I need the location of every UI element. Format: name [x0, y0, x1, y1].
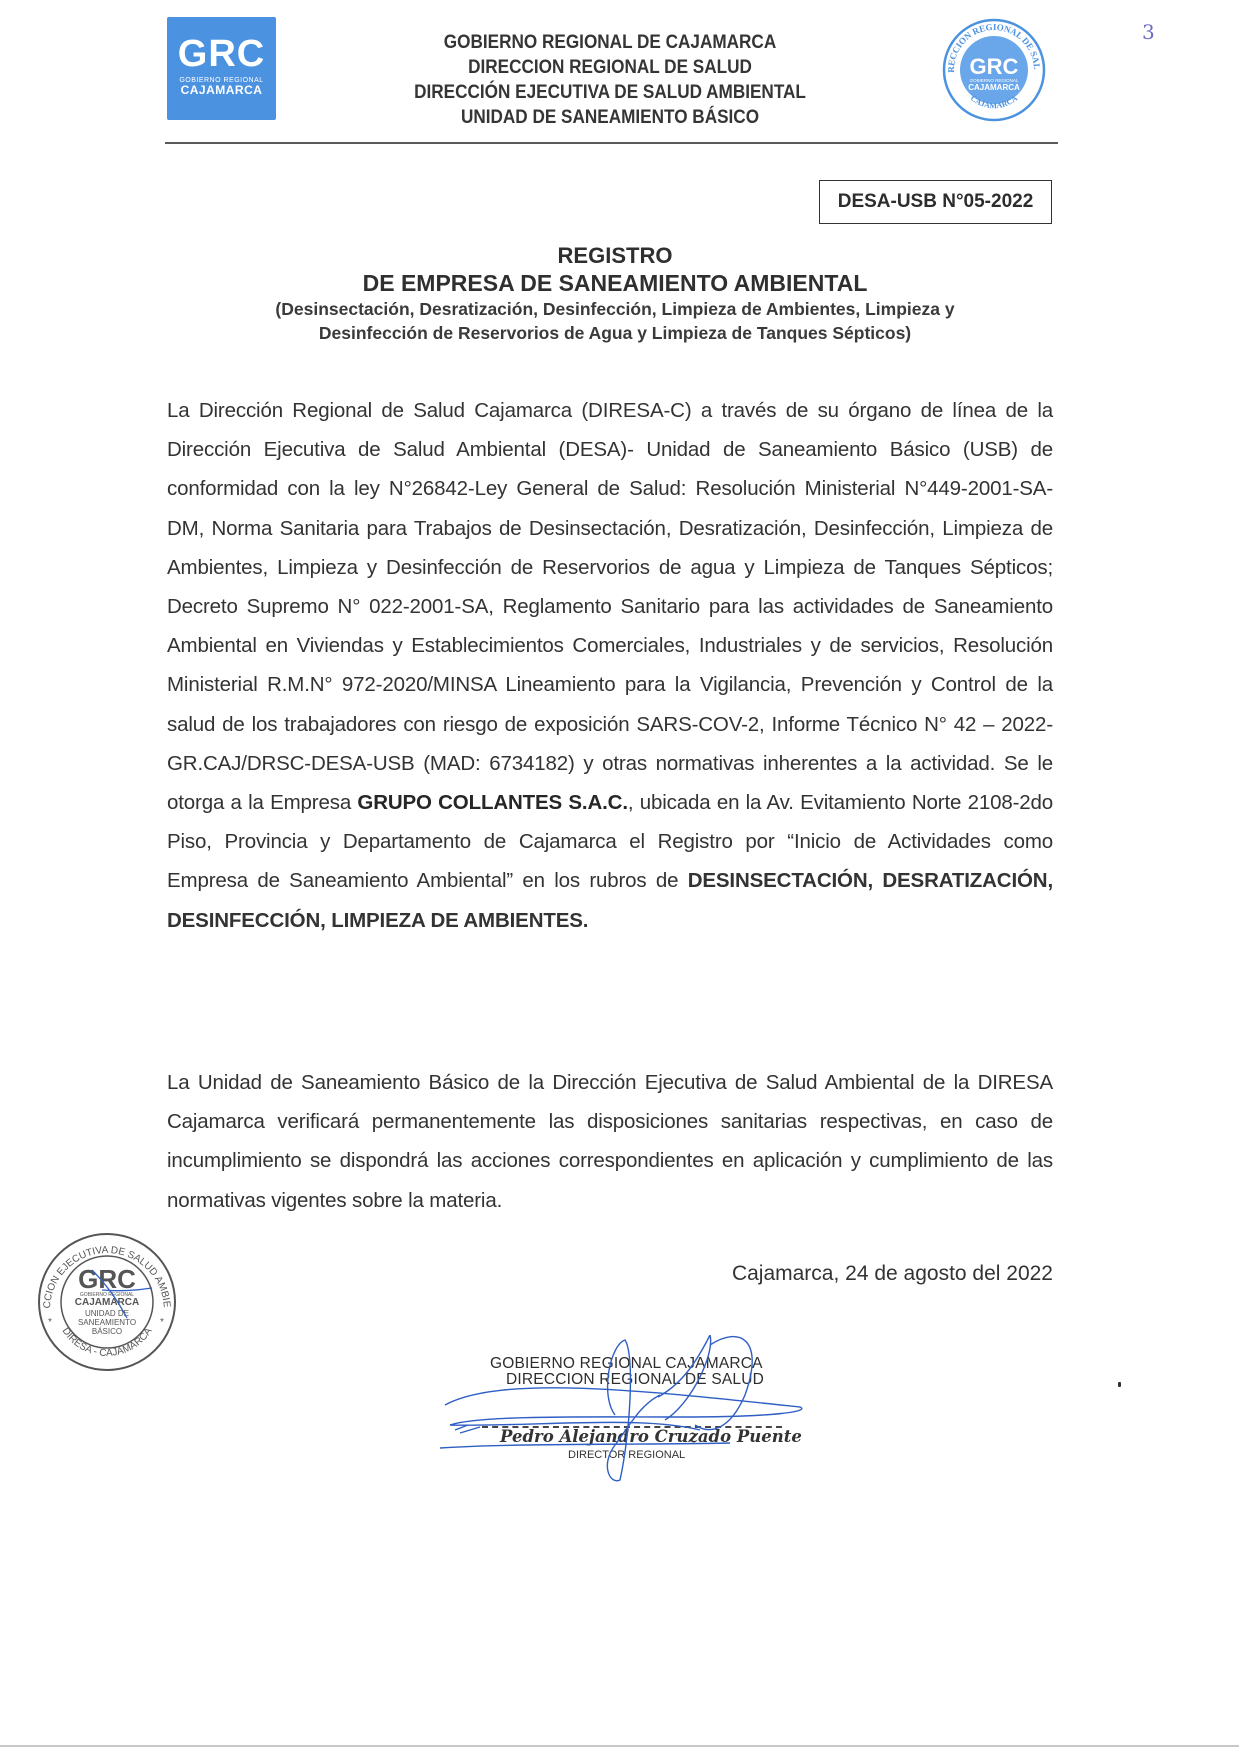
- subtitle-line1: (Desinsectación, Desratización, Desinfec…: [170, 297, 1060, 321]
- letterhead-line: UNIDAD DE SANEAMIENTO BÁSICO: [364, 105, 857, 130]
- letterhead: GOBIERNO REGIONAL DE CAJAMARCA DIRECCION…: [364, 30, 857, 130]
- document-title: REGISTRO DE EMPRESA DE SANEAMIENTO AMBIE…: [170, 243, 1060, 345]
- scan-speck: [1118, 1382, 1121, 1387]
- body-paragraph-1: La Dirección Regional de Salud Cajamarca…: [167, 391, 1053, 940]
- paragraph-text: La Dirección Regional de Salud Cajamarca…: [167, 399, 1053, 814]
- logo-acronym: GRC: [167, 35, 276, 73]
- svg-text:*: *: [48, 1317, 52, 1328]
- subtitle-line2: Desinfección de Reservorios de Agua y Li…: [170, 321, 1060, 345]
- letterhead-line: GOBIERNO REGIONAL DE CAJAMARCA: [364, 30, 857, 55]
- title-line2: DE EMPRESA DE SANEAMIENTO AMBIENTAL: [170, 269, 1060, 297]
- letterhead-line: DIRECCIÓN EJECUTIVA DE SALUD AMBIENTAL: [364, 80, 857, 105]
- document-code: DESA-USB N°05-2022: [819, 180, 1052, 224]
- date-line: Cajamarca, 24 de agosto del 2022: [700, 1262, 1053, 1286]
- svg-text:CAJAMARCA: CAJAMARCA: [968, 83, 1020, 92]
- svg-text:SANEAMIENTO: SANEAMIENTO: [78, 1318, 136, 1327]
- header-divider: [165, 142, 1058, 144]
- title-line1: REGISTRO: [170, 243, 1060, 269]
- handwritten-signature-icon: [440, 1335, 880, 1485]
- diresa-seal-icon: DIRECCION REGIONAL DE SALUD CAJAMARCA GR…: [940, 18, 1048, 122]
- page-number: 3: [1142, 20, 1155, 44]
- company-name: GRUPO COLLANTES S.A.C.: [357, 791, 627, 814]
- svg-text:GRC: GRC: [970, 54, 1019, 79]
- letterhead-line: DIRECCION REGIONAL DE SALUD: [364, 55, 857, 80]
- svg-text:CAJAMARCA: CAJAMARCA: [75, 1297, 139, 1308]
- usb-stamp-icon: DIRECCION EJECUTIVA DE SALUD AMBIENTAL D…: [32, 1230, 182, 1375]
- signature-block: GOBIERNO REGIONAL CAJAMARCA DIRECCION RE…: [440, 1335, 880, 1485]
- page-bottom-edge: [0, 1745, 1239, 1747]
- svg-text:*: *: [160, 1317, 164, 1328]
- logo-tagline: [167, 99, 276, 105]
- grc-logo-icon: GRC GOBIERNO REGIONAL CAJAMARCA: [167, 17, 276, 120]
- logo-line2: CAJAMARCA: [167, 84, 276, 97]
- svg-text:BÁSICO: BÁSICO: [92, 1327, 122, 1336]
- body-paragraph-2: La Unidad de Saneamiento Básico de la Di…: [167, 1063, 1053, 1220]
- svg-text:GRC: GRC: [78, 1264, 136, 1294]
